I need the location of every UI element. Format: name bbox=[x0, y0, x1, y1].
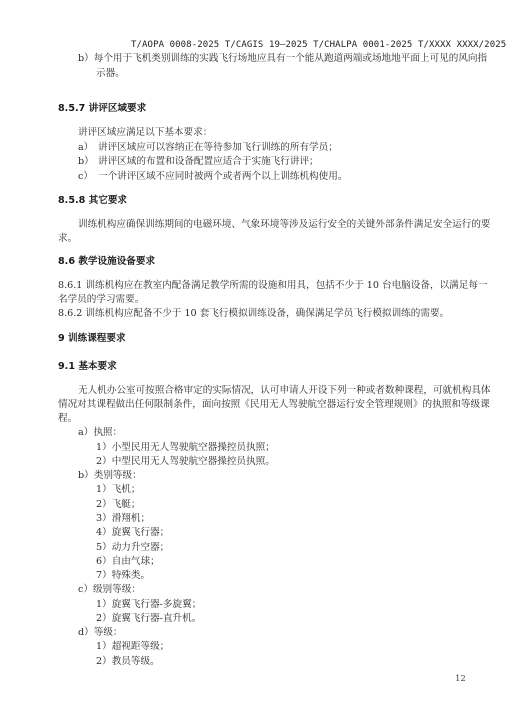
list-item-label: b） bbox=[78, 156, 94, 168]
sec-8-5-8-para-line1: 训练机构应确保训练期间的电磁环境、气象环境等涉及运行安全的关键外部条件满足安全运… bbox=[78, 219, 491, 231]
list-item: 2）中型民用无人驾驶航空器操控员执照。 bbox=[96, 456, 275, 468]
list-item: 5）动力升空器； bbox=[96, 542, 169, 554]
page-number: 12 bbox=[455, 673, 466, 685]
continued-item-line2: 示器。 bbox=[96, 68, 125, 80]
document-page: T/AOPA 0008-2025 T/CAGIS 19—2025 T/CHALP… bbox=[0, 0, 513, 726]
heading-8-5-7: 8.5.7 讲评区域要求 bbox=[58, 103, 146, 115]
list-item-text: 一个讲评区域不应同时被两个或者两个以上训练机构使用。 bbox=[98, 171, 347, 183]
list-item-label: a） bbox=[78, 142, 93, 154]
list-item: 2）飞艇； bbox=[96, 499, 140, 511]
group-title-class-rating: c）级别等级： bbox=[78, 584, 141, 596]
list-item-label: c） bbox=[78, 171, 93, 183]
list-item-text: 讲评区域应可以容纳正在等待参加飞行训练的所有学员； bbox=[98, 142, 338, 154]
list-item: 3）滑翔机； bbox=[96, 513, 150, 525]
list-item: 7）特殊类。 bbox=[96, 570, 150, 582]
list-item: 1）旋翼飞行器-多旋翼； bbox=[96, 599, 201, 611]
sec-9-1-para-line2: 情况对其课程做出任何限制条件，面向按照《民用无人驾驶航空器运行安全管理规则》的执… bbox=[58, 399, 490, 411]
heading-8-6: 8.6 教学设施设备要求 bbox=[58, 256, 155, 268]
para-8-6-1-line1: 8.6.1 训练机构应在教室内配备满足教学所需的设施和用具，包括不少于 10 台… bbox=[58, 280, 488, 292]
heading-9: 9 训练课程要求 bbox=[58, 333, 126, 345]
header-standard-codes: T/AOPA 0008-2025 T/CAGIS 19—2025 T/CHALP… bbox=[131, 39, 506, 51]
group-title-license: a）执照： bbox=[78, 427, 122, 439]
para-8-6-1-line2: 名学员的学习需要。 bbox=[58, 294, 144, 306]
group-title-category-rating: b）类别等级： bbox=[78, 470, 142, 482]
sec-9-1-para-line1: 无人机办公室可按照合格审定的实际情况，认可申请人开设下列一种或者数种课程，可就机… bbox=[78, 385, 491, 397]
list-item: 1）超视距等级； bbox=[96, 641, 169, 653]
group-title-rating: d）等级： bbox=[78, 627, 123, 639]
heading-9-1: 9.1 基本要求 bbox=[58, 361, 117, 373]
list-item: 4）旋翼飞行器； bbox=[96, 527, 169, 539]
list-item-text: 讲评区域的布置和设备配置应适合于实施飞行讲评； bbox=[98, 156, 319, 168]
para-8-6-2: 8.6.2 训练机构应配备不少于 10 套飞行模拟训练设备，确保满足学员飞行模拟… bbox=[58, 308, 449, 320]
continued-item-line1: b）每个用于飞机类别训练的实践飞行场地应具有一个能从跑道两端或场地地平面上可见的… bbox=[78, 53, 487, 65]
list-item: 6）自由气球； bbox=[96, 556, 160, 568]
list-item: 1）飞机； bbox=[96, 484, 140, 496]
heading-8-5-8: 8.5.8 其它要求 bbox=[58, 195, 127, 207]
sec-8-5-8-para-line2: 求。 bbox=[58, 233, 77, 245]
list-item: 2）旋翼飞行器-直升机。 bbox=[96, 613, 201, 625]
sec-8-5-7-intro: 讲评区域应满足以下基本要求： bbox=[78, 127, 212, 139]
list-item: 2）教员等级。 bbox=[96, 656, 160, 668]
sec-9-1-para-line3: 程。 bbox=[58, 413, 77, 425]
list-item: 1）小型民用无人驾驶航空器操控员执照； bbox=[96, 442, 275, 454]
